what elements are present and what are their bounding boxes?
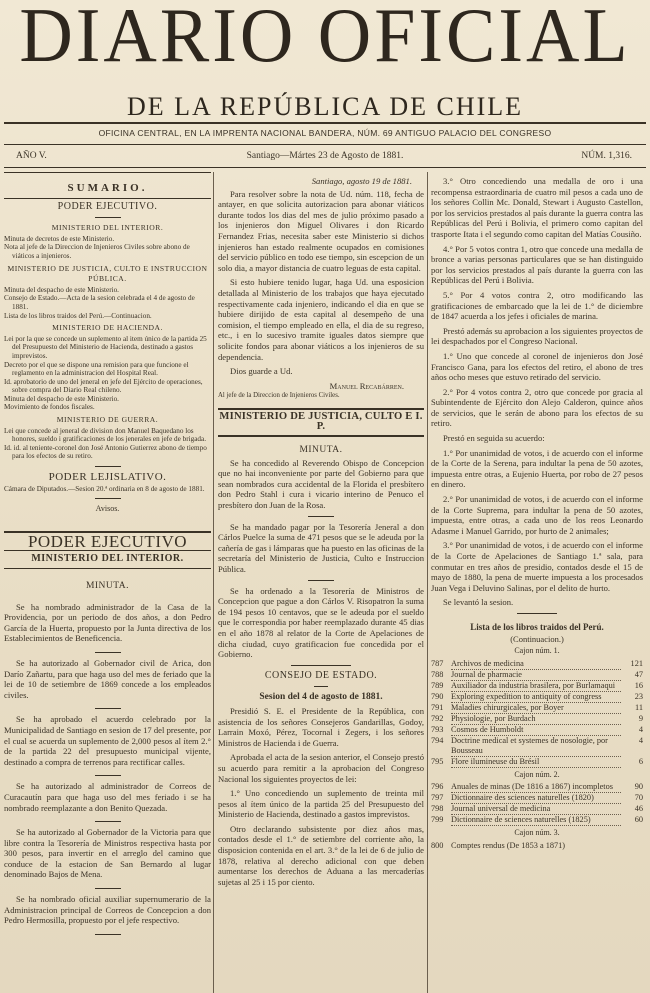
article-paragraph: Se ha autorizado al Gobernador de la Vic…	[4, 827, 211, 880]
sumario-item: Id. id. al teniente-coronel don José Ant…	[4, 444, 211, 461]
book-row: 790Exploring expedition to antiquity of …	[431, 692, 643, 703]
book-row: 796Anuales de minas (De 1816 a 1867) inc…	[431, 782, 643, 793]
book-row: 794Doctrine medical et systemes de nosol…	[431, 736, 643, 757]
article-paragraph: 2.° Por unanimidad de votos, i de acuerd…	[431, 494, 643, 536]
divider	[95, 652, 121, 653]
book-row: 799Dictionnaire de sciences naturelles (…	[431, 815, 643, 826]
book-row: 797Dictionnaire des sciences naturelles …	[431, 793, 643, 804]
sumario-title: SUMARIO.	[4, 183, 211, 194]
dateline: Santiago, agosto 19 de 1881.	[218, 176, 412, 187]
article-paragraph: Se ha autorizado al administrador de Cor…	[4, 781, 211, 813]
section-consejo-estado: CONSEJO DE ESTADO.	[218, 671, 424, 682]
sumario-item: Nota al jefe de la Direccion de Injenier…	[4, 243, 211, 260]
sumario-avisos: Avisos.	[4, 504, 211, 515]
column-divider	[427, 172, 428, 993]
column-right: 3.° Otro concediendo una medalla de oro …	[431, 172, 643, 993]
divider	[95, 466, 121, 467]
sumario-section-heading: MINISTERIO DE JUSTICIA, CULTO E INSTRUCC…	[4, 264, 211, 285]
column-divider	[213, 172, 214, 993]
book-row: 800Comptes rendus (De 1853 a 1871)	[431, 841, 643, 851]
article-paragraph: 3.° Otro concediendo una medalla de oro …	[431, 176, 643, 240]
section-poder-ejecutivo: PODER EJECUTIVO	[4, 537, 211, 548]
book-row: 793Cosmos de Humboldt4	[431, 725, 643, 736]
article-paragraph: Se ha aprobado el acuerdo celebrado por …	[4, 714, 211, 767]
sumario: SUMARIO. PODER EJECUTIVO. MINISTERIO DEL…	[4, 172, 211, 515]
article-paragraph: 1.° Uno que concede al coronel de injeni…	[431, 351, 643, 383]
article-paragraph: 2.° Por 4 votos contra 2, otro que conce…	[431, 387, 643, 429]
divider	[4, 167, 646, 168]
article-paragraph: 1.° Por unanimidad de votos, i de acuerd…	[431, 448, 643, 490]
newspaper-subtitle: DE LA REPÚBLICA DE CHILE	[0, 92, 650, 122]
book-row: 798Journal universal de medicina46	[431, 804, 643, 815]
sumario-item: Minuta de decretos de este Ministerio.	[4, 235, 211, 244]
divider	[308, 580, 334, 581]
issue-number: NÚM. 1,316.	[581, 151, 632, 161]
book-row: 795Flore ilumineuse du Brésil6	[431, 757, 643, 768]
article-paragraph: Presidió S. E. el Presidente de la Repúb…	[218, 706, 424, 748]
divider	[95, 498, 121, 499]
divider	[95, 888, 121, 889]
session-title: Sesion del 4 de agosto de 1881.	[218, 692, 424, 703]
sumario-item: Lista de los libros traidos del Perú.—Co…	[4, 312, 211, 321]
office-address: OFICINA CENTRAL, EN LA IMPRENTA NACIONAL…	[0, 128, 650, 138]
divider	[291, 665, 351, 666]
book-row: 792Physiologie, por Burdach9	[431, 714, 643, 725]
sumario-item: Lei que concede al jeneral de division d…	[4, 427, 211, 444]
article-paragraph: 1.° Uno concediendo un suplemento de tre…	[218, 788, 424, 820]
article-paragraph: Prestó en seguida su acuerdo:	[431, 433, 643, 444]
sumario-section-heading: MINISTERIO DE HACIENDA.	[4, 323, 211, 334]
newspaper-title: DIARIO OFICIAL	[0, 0, 650, 78]
book-list-subtitle: (Continuacion.)	[431, 634, 643, 645]
article-paragraph: Se ha ordenado a la Tesorería de Ministr…	[218, 586, 424, 660]
minuta-heading: MINUTA.	[4, 581, 211, 592]
article-paragraph: 5.° Por 4 votos contra 2, otro modifican…	[431, 290, 643, 322]
addressee: Al jefe de la Direccion de Injenieros Ci…	[218, 391, 424, 402]
article-paragraph: Se ha autorizado al Gobernador civil de …	[4, 658, 211, 700]
divider	[4, 144, 646, 145]
book-row: 791Maladies chirurgicales, por Boyer11	[431, 703, 643, 714]
book-list-title: Lista de los libros traidos del Perú.	[431, 622, 643, 633]
issue-date: Santiago—Mártes 23 de Agosto de 1881.	[0, 151, 650, 161]
divider	[4, 568, 211, 569]
article-paragraph: Aprobada el acta de la sesion anterior, …	[218, 752, 424, 784]
cajon-label: Cajon núm. 1.	[431, 646, 643, 657]
article-paragraph: Prestó además su aprobacion a los siguie…	[431, 326, 643, 347]
divider	[517, 613, 557, 614]
article-paragraph: Si esto hubiere tenido lugar, haga Ud. u…	[218, 277, 424, 362]
sumario-item: Minuta del despacho de este Ministerio.	[4, 395, 211, 404]
sumario-item: Movimiento de fondos fiscales.	[4, 403, 211, 412]
sumario-item: Cámara de Diputados.—Sesion 20.ª ordinar…	[4, 485, 211, 494]
divider	[4, 122, 646, 124]
sumario-poder-ejecutivo: PODER EJECUTIVO.	[4, 202, 211, 213]
divider	[314, 686, 328, 687]
sumario-item: Id. aprobatorio de uno del jeneral en je…	[4, 378, 211, 395]
divider	[95, 934, 121, 935]
article-paragraph: Se ha concedido al Reverendo Obispo de C…	[218, 458, 424, 511]
sumario-poder-legislativo: PODER LEJISLATIVO.	[4, 472, 211, 483]
book-row: 787Archivos de medicina121	[431, 659, 643, 670]
article-paragraph: Se ha nombrado oficial auxiliar supernum…	[4, 894, 211, 926]
divider	[4, 198, 211, 199]
article-paragraph: Otro declarando subsistente por diez año…	[218, 824, 424, 888]
closing: Dios guarde a Ud.	[218, 366, 424, 377]
sumario-item: Minuta del despacho de este Ministerio.	[4, 286, 211, 295]
sumario-section-heading: MINISTERIO DEL INTERIOR.	[4, 223, 211, 234]
sumario-item: Consejo de Estado.—Acta de la sesion cel…	[4, 294, 211, 311]
sumario-item: Decreto por el que se dispone una remisi…	[4, 361, 211, 378]
sumario-section-heading: MINISTERIO DE GUERRA.	[4, 415, 211, 426]
column-left: SUMARIO. PODER EJECUTIVO. MINISTERIO DEL…	[4, 172, 211, 993]
cajon-label: Cajon núm. 2.	[431, 770, 643, 781]
article-paragraph: Se ha nombrado administrador de la Casa …	[4, 602, 211, 644]
divider	[95, 775, 121, 776]
article-paragraph: Para resolver sobre la nota de Ud. núm. …	[218, 189, 424, 274]
divider	[95, 708, 121, 709]
column-middle: Santiago, agosto 19 de 1881. Para resolv…	[218, 172, 424, 993]
section-ministerio-interior: MINISTERIO DEL INTERIOR.	[4, 554, 211, 565]
sumario-item: Lei por la que se concede un suplemento …	[4, 335, 211, 361]
divider	[308, 516, 334, 517]
minuta-heading: MINUTA.	[218, 445, 424, 456]
section-ministerio-justicia: MINISTERIO DE JUSTICIA, CULTO E I. P.	[218, 408, 424, 437]
article-paragraph: 3.° Por unanimidad de votos, i de acuerd…	[431, 540, 643, 593]
article-paragraph: 4.° Por 5 votos contra 1, otro que conce…	[431, 244, 643, 286]
book-row: 789Auxiliador da industria brasilera, po…	[431, 681, 643, 692]
article-paragraph: Se ha mandado pagar por la Tesorería Jen…	[218, 522, 424, 575]
book-row: 788Journal de pharmacie47	[431, 670, 643, 681]
divider	[95, 217, 121, 218]
signature: Manuel Recabárren.	[218, 381, 404, 392]
cajon-label: Cajon núm. 3.	[431, 828, 643, 839]
article-paragraph: Se levantó la sesion.	[431, 597, 643, 608]
divider	[95, 821, 121, 822]
